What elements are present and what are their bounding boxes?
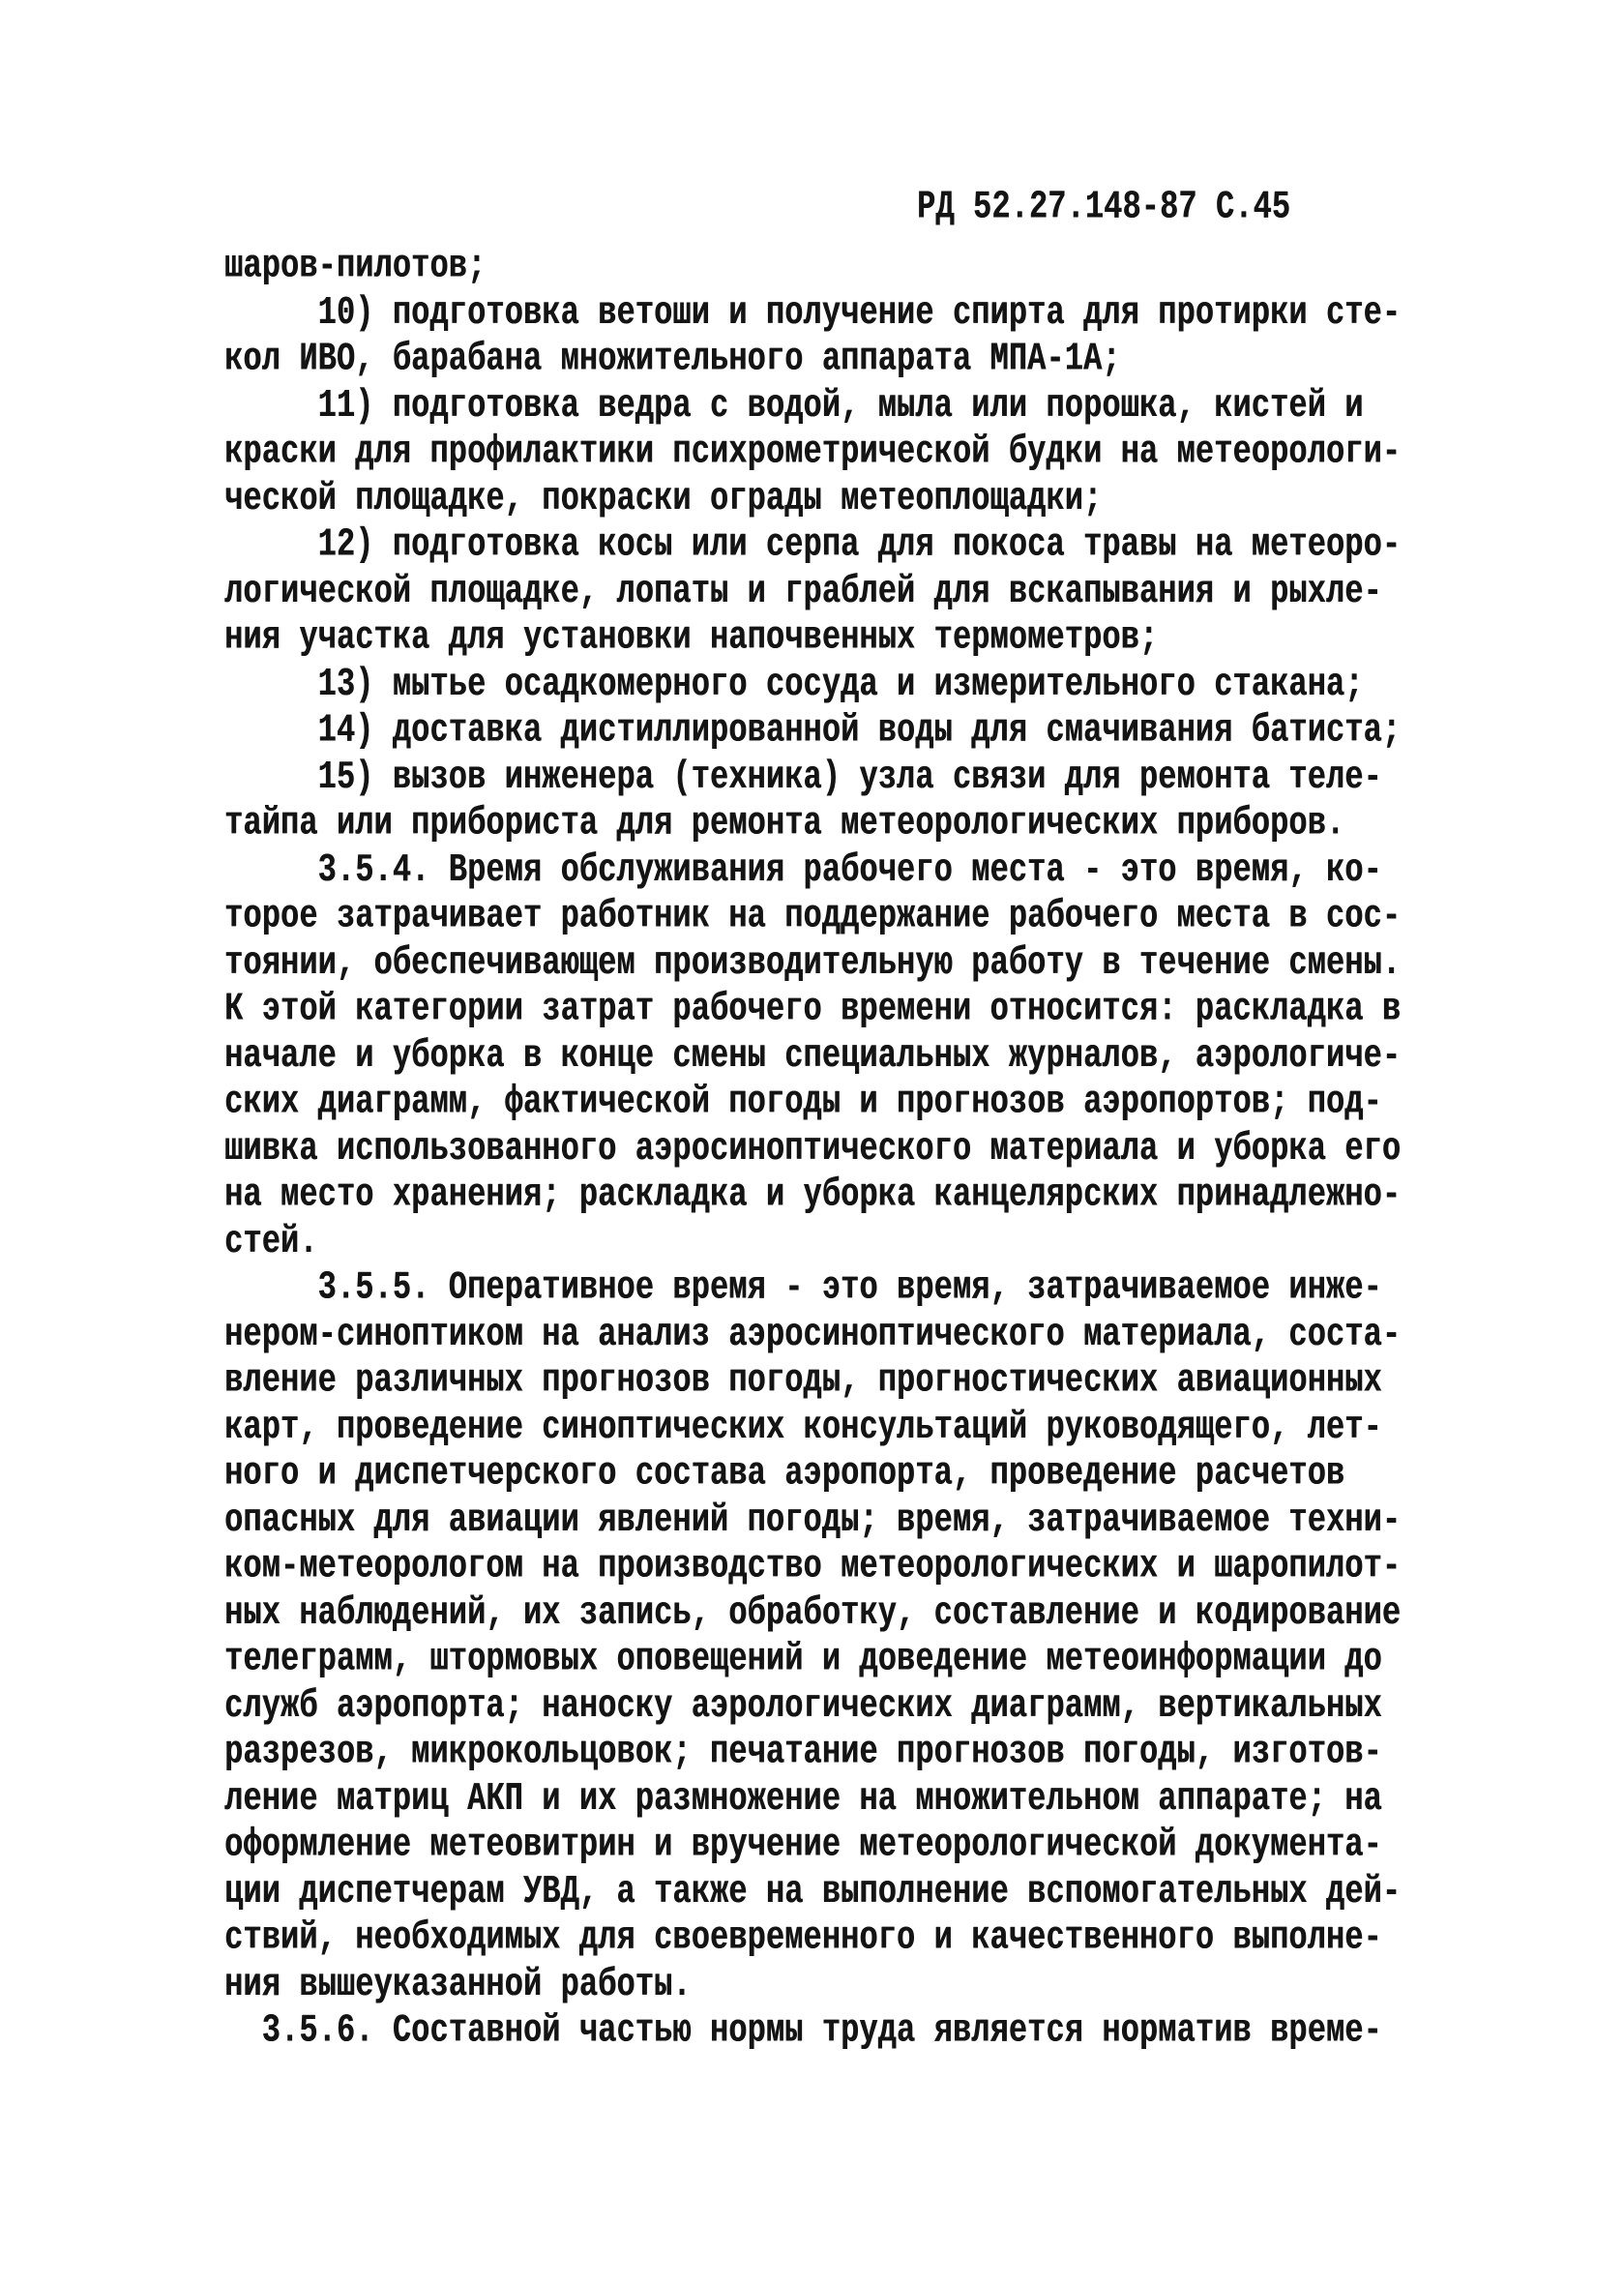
text-line: тайпа или прибориста для ремонта метеоро… (224, 800, 1401, 846)
text-line: ного и диспетчерского состава аэропорта,… (224, 1450, 1401, 1497)
text-line: разрезов, микрокольцовок; печатание прог… (224, 1729, 1401, 1775)
text-line: 12) подготовка косы или серпа для покоса… (224, 521, 1401, 568)
text-line: 13) мытье осадкомерного сосуда и измерит… (224, 661, 1401, 707)
text-line: ление матриц АКП и их размножение на мно… (224, 1775, 1401, 1822)
text-line: 3.5.5. Оперативное время - это время, за… (224, 1264, 1401, 1311)
text-line: краски для профилактики психрометрическо… (224, 429, 1401, 475)
text-line: 14) доставка дистиллированной воды для с… (224, 707, 1401, 754)
text-line: 11) подготовка ведра с водой, мыла или п… (224, 382, 1401, 429)
text-line: кол ИВО, барабана множительного аппарата… (224, 336, 1401, 382)
text-line: телеграмм, штормовых оповещений и доведе… (224, 1636, 1401, 1682)
document-reference-header: РД 52.27.148-87 С.45 (917, 184, 1290, 230)
document-body: шаров-пилотов; 10) подготовка ветоши и п… (224, 243, 1401, 2054)
text-line: ния участка для установки напочвенных те… (224, 614, 1401, 661)
text-line: ских диаграмм, фактической погоды и прог… (224, 1079, 1401, 1125)
text-line: ния вышеуказанной работы. (224, 1961, 1401, 2007)
text-line: ческой площадке, покраски ограды метеопл… (224, 475, 1401, 521)
document-page: РД 52.27.148-87 С.45 шаров-пилотов; 10) … (0, 0, 1624, 2285)
text-line: служб аэропорта; наноску аэрологических … (224, 1682, 1401, 1729)
text-line: нером-синоптиком на анализ аэросиноптиче… (224, 1311, 1401, 1357)
text-line: 3.5.4. Время обслуживания рабочего места… (224, 846, 1401, 893)
text-line: тоянии, обеспечивающем производительную … (224, 939, 1401, 986)
text-line: оформление метеовитрин и вручение метеор… (224, 1822, 1401, 1868)
text-line: ции диспетчерам УВД, а также на выполнен… (224, 1868, 1401, 1914)
text-line: вление различных прогнозов погоды, прогн… (224, 1357, 1401, 1404)
text-line: шаров-пилотов; (224, 243, 1401, 289)
text-line: 15) вызов инженера (техника) узла связи … (224, 754, 1401, 800)
text-line: ных наблюдений, их запись, обработку, со… (224, 1589, 1401, 1636)
text-line: опасных для авиации явлений погоды; врем… (224, 1497, 1401, 1543)
text-line: К этой категории затрат рабочего времени… (224, 986, 1401, 1032)
text-line: стей. (224, 1218, 1401, 1264)
text-line: 10) подготовка ветоши и получение спирта… (224, 289, 1401, 336)
text-line: шивка использованного аэросиноптического… (224, 1125, 1401, 1172)
text-line: карт, проведение синоптических консульта… (224, 1404, 1401, 1450)
text-line: начале и уборка в конце смены специальны… (224, 1032, 1401, 1079)
text-line: на место хранения; раскладка и уборка ка… (224, 1172, 1401, 1218)
text-line: 3.5.6. Составной частью нормы труда явля… (224, 2007, 1401, 2054)
text-line: торое затрачивает работник на поддержани… (224, 893, 1401, 939)
text-line: ствий, необходимых для своевременного и … (224, 1914, 1401, 1961)
text-line: ком-метеорологом на производство метеоро… (224, 1543, 1401, 1589)
text-line: логической площадке, лопаты и граблей дл… (224, 568, 1401, 614)
